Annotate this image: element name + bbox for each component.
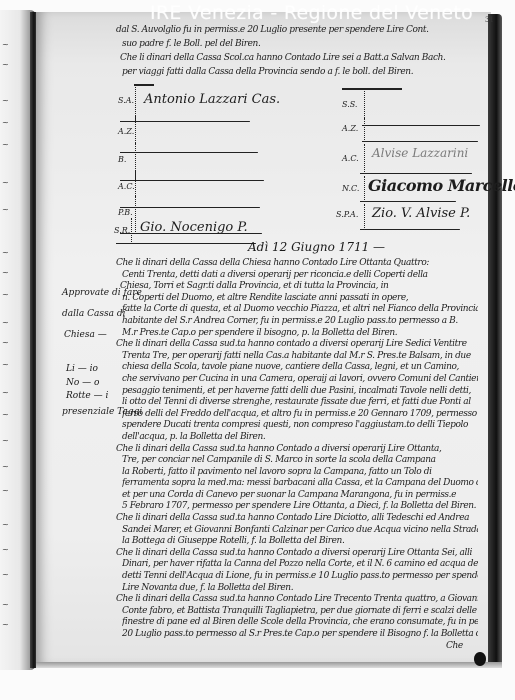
left-page-text-fragment: ~ — [2, 462, 9, 471]
left-page-text-fragment: ~ — [2, 360, 9, 369]
margin-note: dalla Cassa di — [62, 309, 125, 319]
manuscript-scan: ~~~~~~~~~~~~~~~~~~~~~~~ IRE Venezia - Re… — [0, 0, 515, 700]
page-bottom-edge — [36, 662, 502, 668]
left-page-text-fragment: ~ — [2, 620, 9, 629]
left-page-text-fragment: ~ — [2, 436, 9, 445]
left-page-text-fragment: ~ — [2, 338, 9, 347]
signature-initials: S.S. — [342, 100, 357, 109]
left-page-text-fragment: ~ — [2, 205, 9, 214]
left-page-text-fragment: ~ — [2, 60, 9, 69]
left-page-text-fragment: ~ — [2, 600, 9, 609]
left-page-text-fragment: ~ — [2, 118, 9, 127]
left-page-text-fragment: ~ — [2, 545, 9, 554]
handwritten-line: 5 Febraro 1707, permesso per spendere Li… — [122, 500, 478, 512]
left-page-text-fragment: ~ — [2, 520, 9, 529]
handwritten-line: Tre, per conciar nel Campanile di S. Mar… — [122, 454, 478, 466]
folio-number: 31 — [485, 16, 494, 24]
handwritten-line: finestre di pane ed al Biren delle Scole… — [122, 616, 478, 628]
handwritten-line: dell'acqua, p. la Bolletta del Biren. — [122, 431, 478, 443]
left-page-text-fragment: ~ — [2, 410, 9, 419]
signature-initials: P.B. — [118, 208, 133, 217]
signature-block: A.C. Alvise Lazzarini — [342, 144, 482, 174]
handwritten-line: Dinari, per haver rifatta la Canna del P… — [122, 558, 478, 570]
margin-note: Chiesa — — [64, 330, 107, 340]
signature-initials: S.P.A. — [336, 210, 358, 219]
signature-block: A.Z. — [342, 118, 482, 142]
handwritten-line: la Bottega di Giuseppe Rotelli, f. la Bo… — [122, 535, 478, 547]
handwritten-line: dal S. Auvolglio fu in permiss.e 20 Lugl… — [116, 24, 476, 36]
signature-initials: S.R. — [114, 226, 130, 235]
signature-name: Gio. Nocenigo P. — [140, 220, 248, 235]
handwritten-line: spendere Ducati trenta compresi questi, … — [122, 419, 478, 431]
handwritten-line: detti Tenni dell'Acqua di Lione, fu in p… — [122, 570, 478, 582]
handwritten-line: Che li dinari della Cassa Scol.ca hanno … — [120, 52, 490, 64]
signature-initials: N.C. — [342, 184, 359, 193]
date-heading: Adì 12 Giugno 1711 — — [248, 240, 385, 254]
handwritten-line: Che li dinari della Cassa sud.ta hanno C… — [116, 593, 478, 605]
left-page-text-fragment: ~ — [2, 570, 9, 579]
signature-block: S.P.A. Zio. V. Alvise P. — [336, 204, 476, 230]
signature-block: N.C. Giacomo Marcello Cas. — [342, 176, 482, 202]
left-page-text-fragment: ~ — [2, 178, 9, 187]
page-right-edge-shadow — [488, 14, 502, 666]
signature-initials: S.A. — [118, 96, 134, 105]
signature-initials: A.Z. — [118, 127, 134, 136]
left-page-text-fragment: ~ — [2, 140, 9, 149]
signature-initials: A.Z. — [342, 124, 358, 133]
left-page-text-fragment: ~ — [2, 40, 9, 49]
watermark-text: IRE Venezia - Regione del Veneto — [150, 2, 473, 24]
signature-name: Antonio Lazzari Cas. — [144, 92, 280, 107]
handwritten-line: che servivano per Cucina in una Camera, … — [122, 373, 478, 385]
handwritten-line: 20 Luglio pass.to permesso al S.r Pres.t… — [122, 628, 478, 640]
left-page-text-fragment: ~ — [2, 486, 9, 495]
handwritten-line: chiesa della Scola, tavole piane nuove, … — [122, 361, 478, 373]
signature-name: Giacomo Marcello Cas. — [368, 176, 515, 195]
left-page-text-fragment: ~ — [2, 318, 9, 327]
signature-initials: A.C. — [342, 154, 359, 163]
margin-note: Rotte — i — [66, 391, 108, 401]
handwritten-line: li otto del Tenni di diverse strenghe, r… — [122, 396, 478, 408]
handwritten-line: ferramenta sopra la med.ma: messi barbac… — [122, 477, 478, 489]
signature-name: Alvise Lazzarini — [372, 146, 468, 160]
handwritten-line: Che li dinari della Cassa sud.ta hanno C… — [116, 512, 478, 524]
left-page-text-fragment: ~ — [2, 248, 9, 257]
margin-note: No — o — [66, 378, 99, 388]
handwritten-line: Che li dinari della Cassa della Chiesa h… — [116, 257, 478, 269]
signature-initials: A.C. — [118, 182, 135, 191]
left-page-text-fragment: ~ — [2, 268, 9, 277]
left-page-text-fragment: ~ — [2, 96, 9, 105]
ink-blot — [474, 652, 486, 666]
handwritten-line: per viaggi fatti dalla Cassa della Provi… — [122, 66, 482, 78]
handwritten-line: habitante del S.r Andrea Corner, fu in p… — [122, 315, 478, 327]
handwritten-line: suo padre f. le Boll. pel del Biren. — [122, 38, 372, 50]
margin-note: Li — io — [66, 364, 98, 374]
handwritten-line: Chiesa, Torri et Sagr.ti dalla Provincia… — [120, 280, 478, 292]
handwritten-line: fatte la Corte di questa, et al Duomo ve… — [122, 303, 478, 315]
handwritten-line: Che li dinari della Cassa sud.ta hanno c… — [116, 338, 478, 350]
signature-block: S.R. Gio. Nocenigo P. — [116, 218, 261, 244]
catchword: Che — [446, 640, 476, 652]
left-page-text-fragment: ~ — [2, 388, 9, 397]
signature-name: Zio. V. Alvise P. — [372, 206, 470, 221]
signature-initials: B. — [118, 155, 126, 164]
left-page-text-fragment: ~ — [2, 290, 9, 299]
